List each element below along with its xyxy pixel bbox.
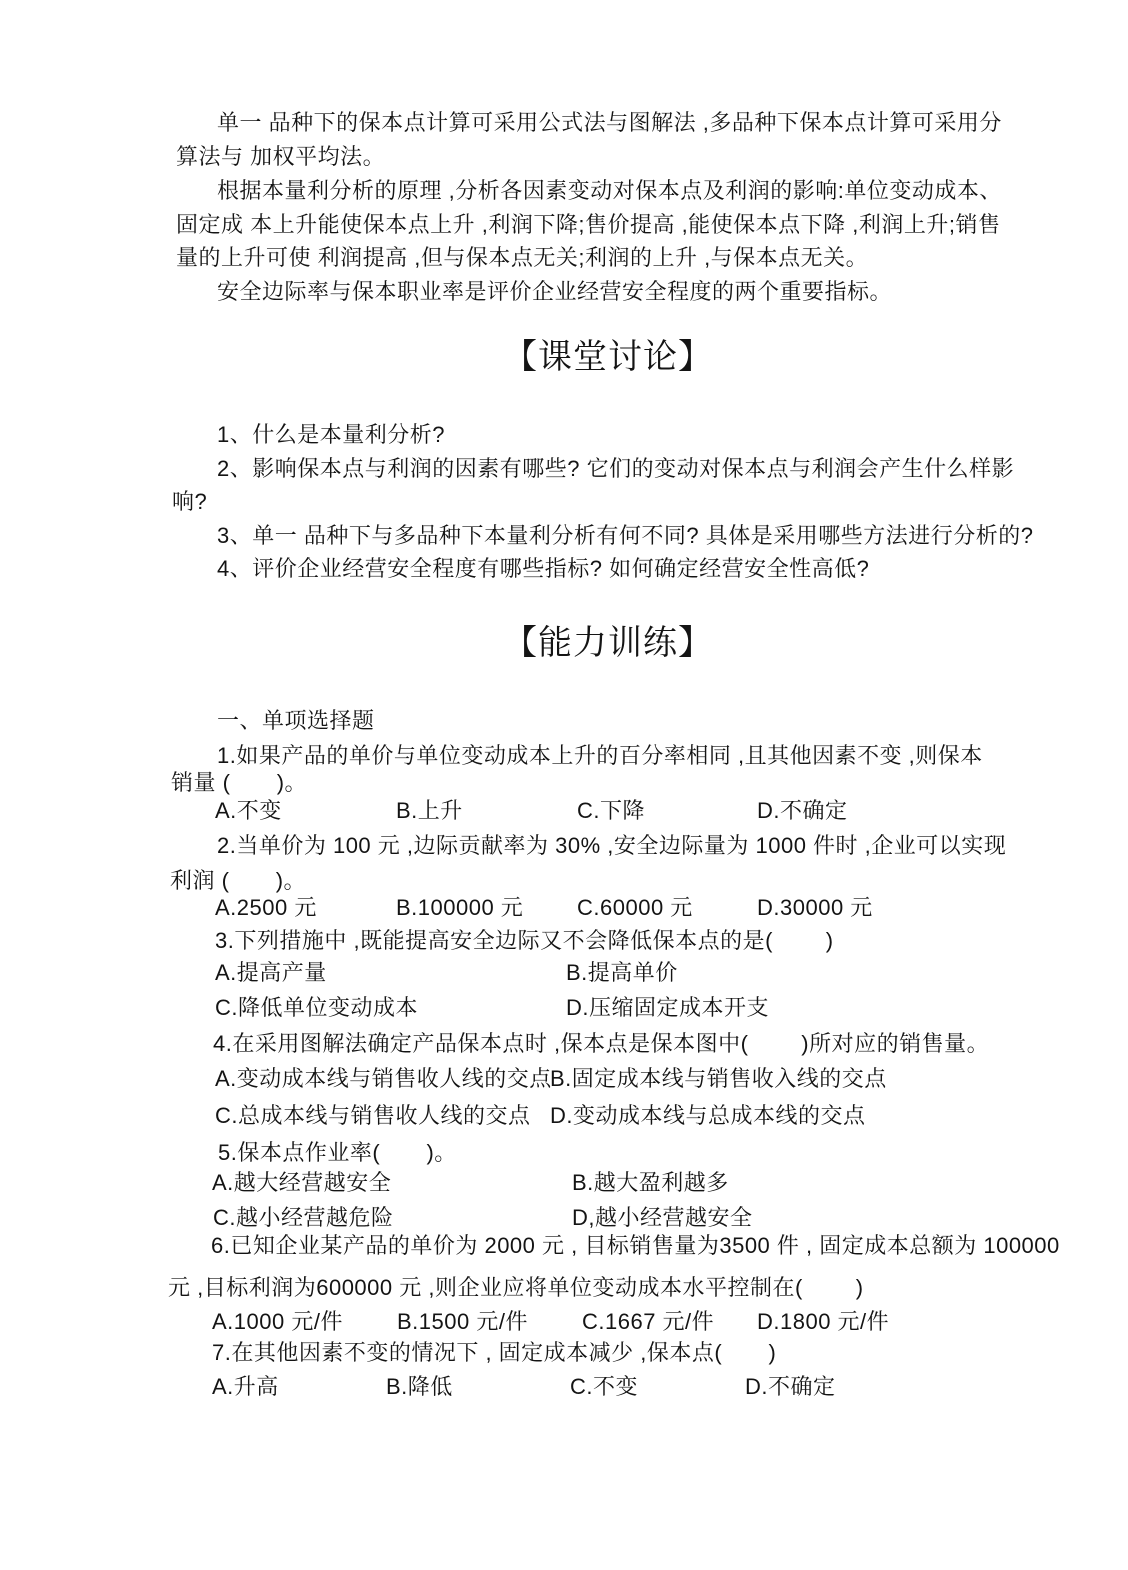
mc-q6-option-b: B.1500 元/件 (397, 1305, 528, 1339)
mc-q2-option-d: D.30000 元 (757, 891, 873, 925)
discussion-question-2-line1: 2、影响保本点与利润的因素有哪些? 它们的变动对保本点与利润会产生什么样影 (217, 452, 1014, 486)
mc-q7-option-a: A.升高 (212, 1370, 279, 1404)
mc-q1-option-d: D.不确定 (757, 794, 848, 828)
mc-q4-options-row1: A.变动成本线与销售收人线的交点 B.固定成本线与销售收入线的交点 (0, 1062, 1128, 1096)
mc-q1-option-b: B.上升 (396, 794, 463, 828)
mc-q1-stem-line1: 1.如果产品的单价与单位变动成本上升的百分率相同 ,且其他因素不变 ,则保本 (217, 739, 983, 773)
summary-p3-line1: 安全边际率与保本职业率是评价企业经营安全程度的两个重要指标。 (217, 275, 892, 309)
mc-q4-stem: 4.在采用图解法确定产品保本点时 ,保本点是保本图中( )所对应的销售量。 (213, 1027, 989, 1061)
mc-q3-options-row1: A.提高产量 B.提高单价 (0, 956, 1128, 990)
mc-q7-option-d: D.不确定 (745, 1370, 836, 1404)
mc-q5-option-a: A.越大经营越安全 (212, 1166, 391, 1200)
summary-p2-line1: 根据本量利分析的原理 ,分析各因素变动对保本点及利润的影响:单位变动成本、 (217, 174, 1002, 208)
mc-q1-option-c: C.下降 (577, 794, 645, 828)
summary-p2-line2: 固定成 本上升能使保本点上升 ,利润下降;售价提高 ,能使保本点下降 ,利润上升… (176, 208, 1001, 242)
mc-q6-option-c: C.1667 元/件 (582, 1305, 714, 1339)
mc-q6-options: A.1000 元/件 B.1500 元/件 C.1667 元/件 D.1800 … (0, 1305, 1128, 1339)
mc-q7-option-b: B.降低 (386, 1370, 453, 1404)
mc-q7-option-c: C.不变 (570, 1370, 638, 1404)
discussion-question-3: 3、单一 品种下与多品种下本量利分析有何不同? 具体是采用哪些方法进行分析的? (217, 519, 1033, 553)
mc-q4-option-b: B.固定成本线与销售收入线的交点 (550, 1062, 887, 1096)
mc-q4-option-d: D.变动成本线与总成本线的交点 (550, 1099, 866, 1133)
summary-p1-line1: 单一 品种下的保本点计算可采用公式法与图解法 ,多品种下保本点计算可采用分 (217, 106, 1002, 140)
discussion-heading: 【课堂讨论】 (176, 336, 1040, 378)
mc-q2-stem-line1: 2.当单价为 100 元 ,边际贡献率为 30% ,安全边际量为 1000 件时… (217, 829, 1006, 863)
mc-q3-options-row2: C.降低单位变动成本 D.压缩固定成本开支 (0, 991, 1128, 1025)
mc-q6-stem-line2: 元 ,目标利润为600000 元 ,则企业应将单位变动成本水平控制在( ) (168, 1271, 864, 1305)
discussion-question-4: 4、评价企业经营安全程度有哪些指标? 如何确定经营安全性高低? (217, 552, 869, 586)
mc-q2-option-a: A.2500 元 (215, 891, 317, 925)
mc-q6-option-a: A.1000 元/件 (212, 1305, 343, 1339)
mc-q4-option-c: C.总成本线与销售收人线的交点 (215, 1099, 531, 1133)
mc-q3-option-c: C.降低单位变动成本 (215, 991, 418, 1025)
mc-q7-stem: 7.在其他因素不变的情况下 , 固定成本减少 ,保本点( ) (212, 1336, 776, 1370)
document-page: 单一 品种下的保本点计算可采用公式法与图解法 ,多品种下保本点计算可采用分 算法… (0, 0, 1128, 1570)
mc-q1-option-a: A.不变 (215, 794, 282, 828)
training-heading: 【能力训练】 (176, 622, 1040, 664)
mc-q4-options-row2: C.总成本线与销售收人线的交点 D.变动成本线与总成本线的交点 (0, 1099, 1128, 1133)
mc-q4-option-a: A.变动成本线与销售收人线的交点 (215, 1062, 552, 1096)
mc-q3-stem: 3.下列措施中 ,既能提高安全边际又不会降低保本点的是( ) (215, 924, 834, 958)
summary-p2-line3: 量的上升可使 利润提高 ,但与保本点无关;利润的上升 ,与保本点无关。 (176, 241, 868, 275)
mc-q2-options: A.2500 元 B.100000 元 C.60000 元 D.30000 元 (0, 891, 1128, 925)
mc-q3-option-d: D.压缩固定成本开支 (566, 991, 769, 1025)
mc-q5-option-b: B.越大盈利越多 (572, 1166, 729, 1200)
mc-q1-options: A.不变 B.上升 C.下降 D.不确定 (0, 794, 1128, 828)
mc-q6-stem-line1: 6.已知企业某产品的单价为 2000 元 , 目标销售量为3500 件 , 固定… (211, 1229, 1060, 1263)
mc-q2-option-b: B.100000 元 (396, 891, 523, 925)
discussion-question-2-line2: 响? (172, 485, 207, 519)
mc-q7-options: A.升高 B.降低 C.不变 D.不确定 (0, 1370, 1128, 1404)
mc-q3-option-b: B.提高单价 (566, 956, 678, 990)
section-title-single-choice: 一、单项选择题 (217, 704, 375, 738)
mc-q2-option-c: C.60000 元 (577, 891, 693, 925)
mc-q3-option-a: A.提高产量 (215, 956, 327, 990)
mc-q5-options-row1: A.越大经营越安全 B.越大盈利越多 (0, 1166, 1128, 1200)
mc-q6-option-d: D.1800 元/件 (757, 1305, 889, 1339)
discussion-question-1: 1、什么是本量利分析? (217, 418, 445, 452)
mc-q5-stem: 5.保本点作业率( )。 (218, 1136, 457, 1170)
summary-p1-line2: 算法与 加权平均法。 (176, 140, 385, 174)
